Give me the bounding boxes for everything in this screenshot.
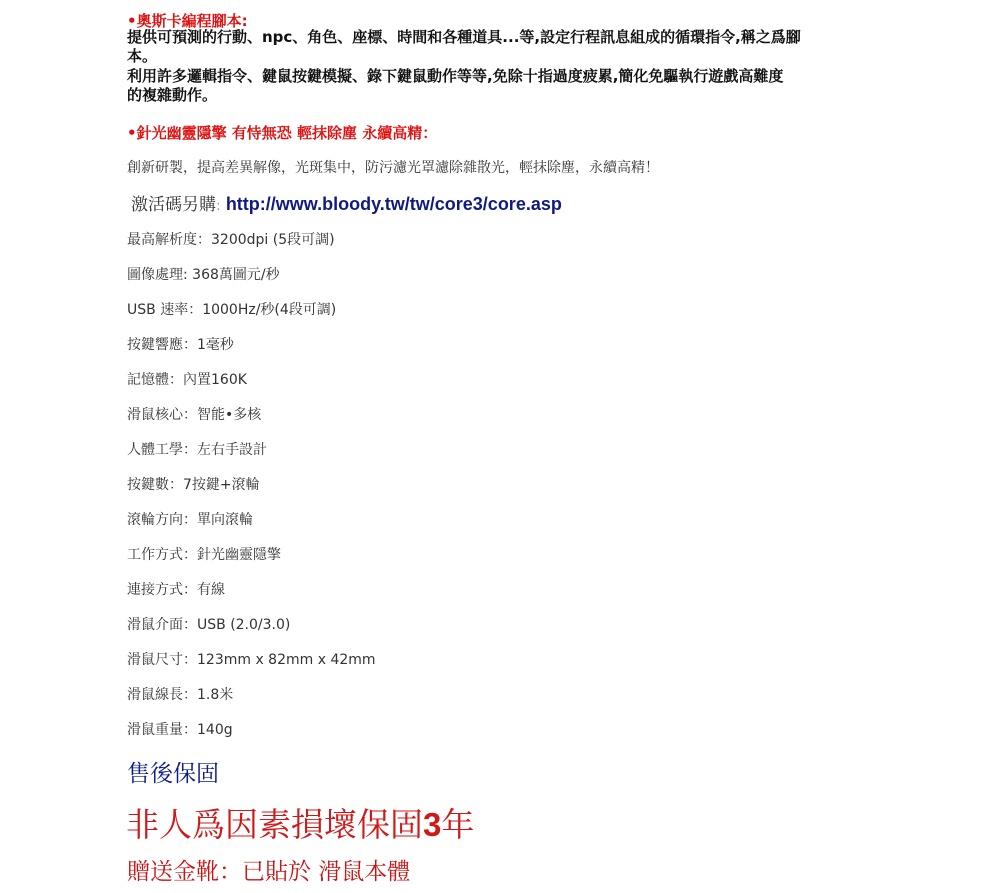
warranty-statement-prefix: 非人爲因素損壞保固 [126, 805, 423, 844]
spec-value: 3200dpi (5段可調) [211, 232, 335, 248]
lens-section-description: 創新研製，提高差異解像，光斑集中，防污濾光罩濾除雜散光，輕抹除塵，永續高精！ [127, 157, 659, 177]
spec-label: 工作方式 [127, 547, 183, 563]
spec-row: 工作方式：針光幽靈隱擎 [127, 544, 281, 564]
spec-value: 1毫秒 [197, 337, 234, 353]
spec-label: 最高解析度 [127, 232, 197, 248]
spec-label: 圖像處理 [127, 267, 183, 283]
activation-separator: : [216, 198, 221, 214]
spec-separator: ： [188, 302, 202, 318]
spec-value: 140g [197, 722, 233, 738]
warranty-statement-suffix: 年 [441, 805, 474, 844]
spec-row: 記憶體：內置160K [127, 369, 247, 389]
product-spec-page: •奧斯卡編程腳本: 提供可預測的行動、npc、角色、座標、時間和各種道具...等… [0, 0, 990, 893]
spec-label: 按鍵數 [127, 477, 169, 493]
spec-separator: ： [183, 337, 197, 353]
script-paragraph-1-line-2: 本。 [127, 47, 157, 66]
spec-value: 有線 [197, 582, 225, 598]
warranty-years: 3 [423, 806, 441, 843]
script-paragraph-2-line-1: 利用許多邏輯指令、鍵鼠按鍵模擬、錄下鍵鼠動作等等,免除十指過度疲累,簡化免驅執行… [127, 67, 783, 86]
spec-row: 滾輪方向：單向滾輪 [127, 509, 253, 529]
spec-row: 按鍵數：7按鍵+滾輪 [127, 474, 260, 494]
spec-row: 按鍵響應：1毫秒 [127, 334, 234, 354]
spec-separator: ： [183, 442, 197, 458]
spec-label: 滑鼠尺寸 [127, 652, 183, 668]
spec-value: 1000Hz/秒(4段可調) [202, 302, 336, 318]
spec-value: 單向滾輪 [197, 512, 253, 528]
spec-separator: ： [183, 512, 197, 528]
spec-label: 記憶體 [127, 372, 169, 388]
spec-separator: ： [169, 477, 183, 493]
spec-value: 左右手設計 [197, 442, 267, 458]
warranty-heading: 售後保固 [127, 755, 219, 788]
spec-value: 368萬圖元/秒 [192, 267, 279, 283]
spec-separator: ： [183, 722, 197, 738]
spec-separator: : [183, 267, 192, 283]
spec-value: USB (2.0/3.0) [197, 617, 290, 633]
script-paragraph-2-line-2: 的複雜動作。 [127, 86, 217, 105]
warranty-statement: 非人爲因素損壞保固3年 [126, 799, 474, 846]
spec-row: USB 速率：1000Hz/秒(4段可調) [127, 299, 336, 319]
spec-row: 人體工學：左右手設計 [127, 439, 267, 459]
spec-row: 滑鼠介面：USB (2.0/3.0) [127, 614, 290, 634]
spec-value: 針光幽靈隱擎 [197, 547, 281, 563]
activation-link[interactable]: http://www.bloody.tw/tw/core3/core.asp [226, 194, 562, 214]
spec-separator: ： [183, 617, 197, 633]
script-paragraph-1-line-1: 提供可預測的行動、npc、角色、座標、時間和各種道具...等,設定行程訊息組成的… [127, 28, 801, 47]
spec-label: 滑鼠線長 [127, 687, 183, 703]
spec-label: 人體工學 [127, 442, 183, 458]
spec-label: 按鍵響應 [127, 337, 183, 353]
lens-section-title: •針光幽靈隱擎 有恃無恐 輕抹除塵 永續高精： [127, 122, 437, 143]
spec-label: 滾輪方向 [127, 512, 183, 528]
spec-separator: ： [183, 407, 197, 423]
activation-label: 激活碼另購 [131, 195, 216, 215]
spec-row: 滑鼠核心：智能•多核 [127, 404, 261, 424]
spec-label: 滑鼠重量 [127, 722, 183, 738]
spec-row: 連接方式：有線 [127, 579, 225, 599]
spec-label: 滑鼠核心 [127, 407, 183, 423]
spec-label: 連接方式 [127, 582, 183, 598]
spec-label: USB 速率 [127, 302, 188, 318]
spec-value: 內置160K [183, 372, 247, 388]
spec-row: 滑鼠重量：140g [127, 719, 233, 739]
gift-note: 贈送金靴：已貼於 滑鼠本體 [127, 853, 410, 886]
spec-separator: ： [183, 652, 197, 668]
activation-row: 激活碼另購: http://www.bloody.tw/tw/core3/cor… [131, 190, 562, 215]
spec-row: 圖像處理: 368萬圖元/秒 [127, 264, 280, 284]
spec-separator: ： [197, 232, 211, 248]
spec-label: 滑鼠介面 [127, 617, 183, 633]
spec-separator: ： [183, 547, 197, 563]
spec-value: 123mm x 82mm x 42mm [197, 652, 376, 668]
spec-separator: ： [169, 372, 183, 388]
spec-value: 智能•多核 [197, 407, 261, 423]
spec-row: 滑鼠尺寸：123mm x 82mm x 42mm [127, 649, 376, 669]
spec-row: 滑鼠線長：1.8米 [127, 684, 233, 704]
spec-value: 1.8米 [197, 687, 233, 703]
spec-separator: ： [183, 687, 197, 703]
spec-row: 最高解析度：3200dpi (5段可調) [127, 229, 335, 249]
spec-separator: ： [183, 582, 197, 598]
spec-value: 7按鍵+滾輪 [183, 477, 260, 493]
